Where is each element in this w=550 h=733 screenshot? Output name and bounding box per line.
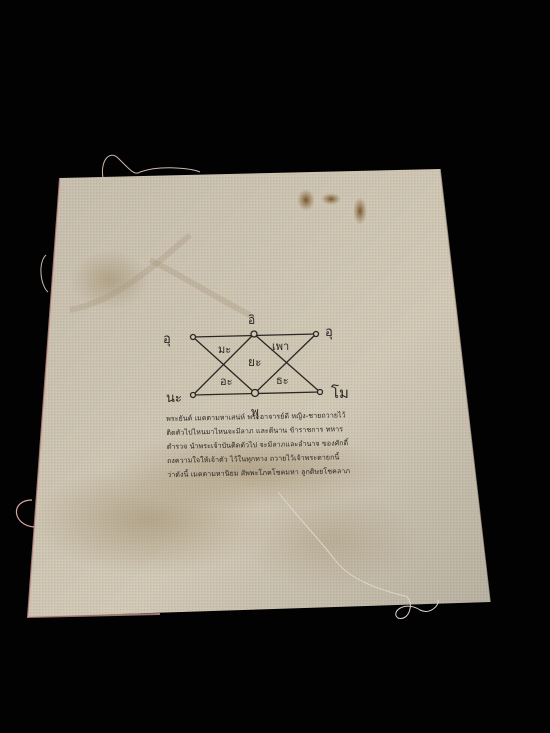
cloth-talisman-scene: อุ อิ อุ นะ พุ โม มะ เพา ยะ อะ ธะ — [0, 0, 550, 733]
syllable-inner-center: ยะ — [248, 355, 261, 369]
syllable-right-bottom: โม — [331, 384, 349, 402]
syllable-left-bottom: นะ — [166, 391, 182, 406]
syllable-inner-upper-right: เพา — [272, 340, 289, 353]
syllable-top-right: อุ — [325, 325, 333, 340]
syllable-inner-upper-left: มะ — [218, 343, 231, 356]
syllable-top-left: อุ — [163, 332, 171, 347]
syllable-inner-lower-left: อะ — [220, 375, 233, 388]
syllable-top: อิ — [248, 313, 255, 327]
photograph: อุ อิ อุ นะ พุ โม มะ เพา ยะ อะ ธะ พระยัน… — [0, 0, 550, 733]
syllable-inner-lower-right: ธะ — [276, 374, 289, 387]
stain — [297, 189, 315, 211]
inscription: พระยันต์ เมตตามหาเสน่ห์ พระอาจารย์ดี หญิ… — [166, 407, 407, 482]
loose-thread — [102, 155, 200, 178]
